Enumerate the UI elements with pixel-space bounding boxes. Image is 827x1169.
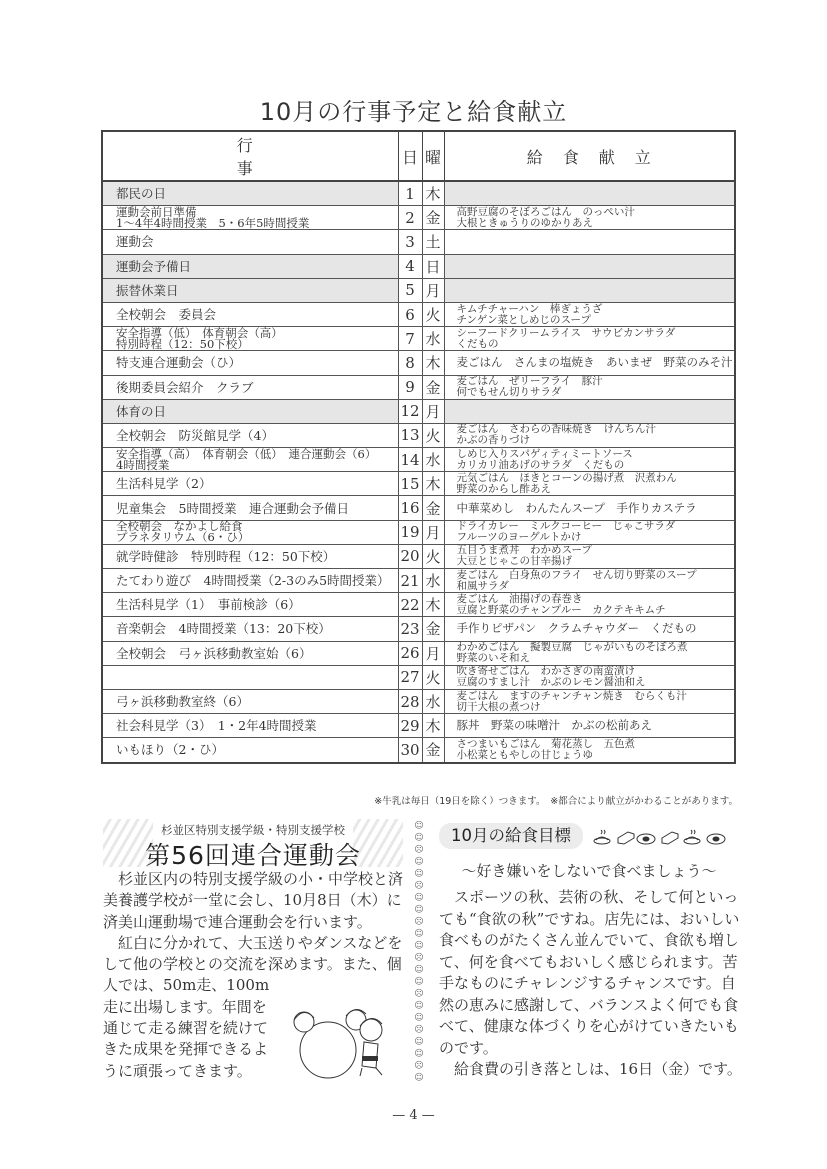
event-cell: 生活科見学（1） 事前検診（6） — [102, 593, 398, 617]
menu-cell: キムチチャーハン 棒ぎょうざチンゲン菜としめじのスープ — [444, 302, 735, 326]
day-cell: 2 — [398, 206, 422, 230]
weekday-cell: 火 — [422, 665, 444, 689]
children-ball-illustration — [286, 1000, 394, 1080]
event-line: 1〜4年4時間授業 5・6年5時間授業 — [116, 218, 398, 229]
fried-egg-icon — [707, 834, 725, 844]
event-cell: 体育の日 — [102, 399, 398, 423]
menu-cell: 五目うま煮丼 わかめスープ大豆とじゃこの甘辛揚げ — [444, 544, 735, 568]
table-row: 安全指導（高） 体育朝会（低） 連合運動会（6）4時間授業14水しめじ入りスパゲ… — [102, 448, 735, 472]
day-cell: 21 — [398, 569, 422, 593]
event-line: 全校朝会 弓ヶ浜移動教室始（6） — [116, 648, 398, 659]
bread-icon — [618, 832, 634, 844]
day-cell: 12 — [398, 399, 422, 423]
event-cell: 運動会予備日 — [102, 254, 398, 278]
menu-cell: シーフードクリームライス サウビカンサラダくだもの — [444, 327, 735, 351]
menu-line: 切干大根の煮つけ — [457, 702, 735, 713]
table-row: 全校朝会 弓ヶ浜移動教室始（6）26月わかめごはん 擬製豆腐 じゃがいものそぼろ… — [102, 641, 735, 665]
weekday-cell: 月 — [422, 278, 444, 302]
menu-cell: 麦ごはん さんまの塩焼き あいまぜ 野菜のみそ汁 — [444, 351, 735, 375]
event-line: 社会科見学（3） 1・2年4時間授業 — [116, 720, 398, 731]
weekday-cell: 金 — [422, 206, 444, 230]
menu-line: 麦ごはん 白身魚のフライ せん切り野菜のスープ — [457, 570, 735, 581]
weekday-cell: 木 — [422, 472, 444, 496]
weekday-cell: 水 — [422, 448, 444, 472]
weekday-cell: 火 — [422, 544, 444, 568]
day-cell: 27 — [398, 665, 422, 689]
menu-line: カリカリ油あげのサラダ くだもの — [457, 460, 735, 471]
event-article-paragraph: 杉並区内の特別支援学級の小・中学校と済美養護学校が一堂に会し、10月8日（木）に… — [103, 869, 403, 933]
menu-line: 豆腐と野菜のチャンプルー カクテキキムチ — [457, 605, 735, 616]
menu-line: しめじ入りスパゲィティミートソース — [457, 449, 735, 460]
event-cell: 全校朝会 防災館見学（4） — [102, 423, 398, 447]
event-line: たてわり遊び 4時間授業（2-3のみ5時間授業） — [116, 575, 398, 586]
weekday-cell: 月 — [422, 520, 444, 544]
event-line: 特支連合運動会（ひ） — [116, 357, 398, 368]
day-cell: 22 — [398, 593, 422, 617]
event-line: 振替休業日 — [116, 285, 398, 296]
decorative-divider: ☺☺☹☺☺☹☺☺☹☺☺☹☺☺☹☺☺☹☺☺☹☺ — [413, 820, 425, 1084]
weekday-cell: 金 — [422, 496, 444, 520]
day-cell: 28 — [398, 689, 422, 713]
weekday-cell: 木 — [422, 351, 444, 375]
menu-line: 中華菜めし わんたんスープ 手作りカステラ — [457, 503, 735, 514]
table-row: 体育の日12月 — [102, 399, 735, 423]
event-article-title: 第56回連合運動会 — [103, 836, 403, 872]
event-line: 就学時健診 特別時程（12：50下校） — [116, 551, 398, 562]
day-cell: 19 — [398, 520, 422, 544]
event-cell: 運動会 — [102, 230, 398, 254]
menu-cell: 手作りピザパン クラムチャウダー くだもの — [444, 617, 735, 641]
menu-cell: 麦ごはん さわらの香味焼き けんちん汁かぶの香りづけ — [444, 423, 735, 447]
header-event: 行 事 — [102, 131, 398, 181]
event-cell: 都民の日 — [102, 181, 398, 206]
event-cell: 社会科見学（3） 1・2年4時間授業 — [102, 714, 398, 738]
menu-cell: 中華菜めし わんたんスープ 手作りカステラ — [444, 496, 735, 520]
menu-cell: わかめごはん 擬製豆腐 じゃがいものそぼろ煮野菜のいそ和え — [444, 641, 735, 665]
event-article-paragraph: 人では、50m走、100m走に出場します。年間を通じて走る練習を続けてきた成果を… — [103, 975, 278, 1081]
steaming-bowl-icon — [684, 830, 700, 844]
event-line: 音楽朝会 4時間授業（13：20下校） — [116, 623, 398, 634]
menu-line: 何でもせん切りサラダ — [457, 387, 735, 398]
lunch-goal-title: 10月の給食目標 — [439, 823, 583, 849]
table-row: 生活科見学（2）15木元気ごはん ほきとコーンの揚げ煮 沢煮わん野菜のからし酢あ… — [102, 472, 735, 496]
menu-line: 麦ごはん ますのチャンチャン焼き むらくも汁 — [457, 691, 735, 702]
day-cell: 23 — [398, 617, 422, 641]
menu-cell: さつまいもごはん 菊花蒸し 五色煮小松菜ともやしの甘じょうゆ — [444, 738, 735, 763]
day-cell: 8 — [398, 351, 422, 375]
day-cell: 3 — [398, 230, 422, 254]
day-cell: 15 — [398, 472, 422, 496]
menu-cell: 麦ごはん ますのチャンチャン焼き むらくも汁切干大根の煮つけ — [444, 689, 735, 713]
event-line: 全校朝会 防災館見学（4） — [116, 430, 398, 441]
weekday-cell: 水 — [422, 327, 444, 351]
event-line: 運動会 — [116, 236, 398, 247]
table-row: いもほり（2・ひ）30金さつまいもごはん 菊花蒸し 五色煮小松菜ともやしの甘じょ… — [102, 738, 735, 763]
event-cell: 安全指導（低） 体育朝会（高）特別時程（12：50下校） — [102, 327, 398, 351]
menu-cell — [444, 230, 735, 254]
menu-line: 大根ときゅうりのゆかりあえ — [457, 218, 735, 229]
steaming-bowl-icon — [594, 830, 610, 844]
table-row: 都民の日1木 — [102, 181, 735, 206]
event-line: 生活科見学（1） 事前検診（6） — [116, 599, 398, 610]
table-row: 振替休業日5月 — [102, 278, 735, 302]
table-row: 生活科見学（1） 事前検診（6）22木麦ごはん 油揚げの春巻き豆腐と野菜のチャン… — [102, 593, 735, 617]
menu-cell: 吹き寄せごはん わかさぎの南蛮漬け豆腐のすまし汁 かぶのレモン醤油和え — [444, 665, 735, 689]
event-line: 後期委員会紹介 クラブ — [116, 382, 398, 393]
table-row: 弓ヶ浜移動教室終（6）28水麦ごはん ますのチャンチャン焼き むらくも汁切干大根… — [102, 689, 735, 713]
table-row: 社会科見学（3） 1・2年4時間授業29木豚丼 野菜の味噌汁 かぶの松前あえ — [102, 714, 735, 738]
event-line: 生活科見学（2） — [116, 478, 398, 489]
weekday-cell: 火 — [422, 423, 444, 447]
bread-icon — [662, 832, 678, 844]
menu-cell: ドライカレー ミルクコーヒー じゃこサラダフルーツのヨーグルトかけ — [444, 520, 735, 544]
menu-line: 豆腐のすまし汁 かぶのレモン醤油和え — [457, 677, 735, 688]
weekday-cell: 土 — [422, 230, 444, 254]
event-line: 4時間授業 — [116, 460, 398, 471]
day-cell: 5 — [398, 278, 422, 302]
table-row: 安全指導（低） 体育朝会（高）特別時程（12：50下校）7水シーフードクリームラ… — [102, 327, 735, 351]
table-row: 全校朝会 防災館見学（4）13火麦ごはん さわらの香味焼き けんちん汁かぶの香り… — [102, 423, 735, 447]
menu-cell — [444, 254, 735, 278]
menu-cell: 麦ごはん ぜリーフライ 豚汁何でもせん切りサラダ — [444, 375, 735, 399]
page-title: 10月の行事予定と給食献立 — [0, 92, 827, 127]
event-cell: 音楽朝会 4時間授業（13：20下校） — [102, 617, 398, 641]
menu-line: くだもの — [457, 339, 735, 350]
schedule-menu-table: 行 事 日 曜 給食献立 都民の日1木運動会前日準備1〜4年4時間授業 5・6年… — [101, 130, 736, 764]
menu-line: キムチチャーハン 棒ぎょうざ — [457, 304, 735, 315]
lunch-goal-slogan: 〜好き嫌いをしないで食べましょう〜 — [439, 860, 739, 881]
day-cell: 9 — [398, 375, 422, 399]
event-cell: 就学時健診 特別時程（12：50下校） — [102, 544, 398, 568]
weekday-cell: 水 — [422, 569, 444, 593]
menu-cell: 高野豆腐のそぼろごはん のっぺい汁大根ときゅうりのゆかりあえ — [444, 206, 735, 230]
event-cell: いもほり（2・ひ） — [102, 738, 398, 763]
weekday-cell: 月 — [422, 641, 444, 665]
weekday-cell: 月 — [422, 399, 444, 423]
day-cell: 20 — [398, 544, 422, 568]
event-cell: 全校朝会 なかよし給食プラネタリウム（6・ひ） — [102, 520, 398, 544]
menu-line: 野菜のいそ和え — [457, 653, 735, 664]
weekday-cell: 木 — [422, 181, 444, 206]
menu-line: かぶの香りづけ — [457, 435, 735, 446]
event-cell: たてわり遊び 4時間授業（2-3のみ5時間授業） — [102, 569, 398, 593]
event-line: 全校朝会 委員会 — [116, 309, 398, 320]
table-row: 全校朝会 委員会6火キムチチャーハン 棒ぎょうざチンゲン菜としめじのスープ — [102, 302, 735, 326]
day-cell: 16 — [398, 496, 422, 520]
table-row: 児童集会 5時間授業 連合運動会予備日16金中華菜めし わんたんスープ 手作りカ… — [102, 496, 735, 520]
event-cell — [102, 665, 398, 689]
fried-egg-icon — [637, 834, 655, 844]
event-cell: 全校朝会 委員会 — [102, 302, 398, 326]
table-row: 音楽朝会 4時間授業（13：20下校）23金手作りピザパン クラムチャウダー く… — [102, 617, 735, 641]
menu-line: 和風サラダ — [457, 581, 735, 592]
day-cell: 13 — [398, 423, 422, 447]
event-cell: 運動会前日準備1〜4年4時間授業 5・6年5時間授業 — [102, 206, 398, 230]
weekday-cell: 水 — [422, 689, 444, 713]
event-cell: 児童集会 5時間授業 連合運動会予備日 — [102, 496, 398, 520]
event-cell: 安全指導（高） 体育朝会（低） 連合運動会（6）4時間授業 — [102, 448, 398, 472]
weekday-cell: 木 — [422, 714, 444, 738]
weekday-cell: 火 — [422, 302, 444, 326]
menu-cell: 元気ごはん ほきとコーンの揚げ煮 沢煮わん野菜のからし酢あえ — [444, 472, 735, 496]
page-number: — 4 — — [0, 1108, 827, 1123]
day-cell: 14 — [398, 448, 422, 472]
table-body: 都民の日1木運動会前日準備1〜4年4時間授業 5・6年5時間授業2金高野豆腐のそ… — [102, 181, 735, 763]
day-cell: 6 — [398, 302, 422, 326]
menu-line: 麦ごはん さんまの塩焼き あいまぜ 野菜のみそ汁 — [457, 357, 735, 368]
menu-line: フルーツのヨーグルトかけ — [457, 532, 735, 543]
event-line: 都民の日 — [116, 188, 398, 199]
table-header-row: 行 事 日 曜 給食献立 — [102, 131, 735, 181]
menu-cell: 麦ごはん 白身魚のフライ せん切り野菜のスープ和風サラダ — [444, 569, 735, 593]
event-cell: 特支連合運動会（ひ） — [102, 351, 398, 375]
footnote: ※牛乳は毎日（19日を除く）つきます。 ※都合により献立がかわることがあります。 — [300, 793, 738, 807]
lunch-goal-body: スポーツの秋、芸術の秋、そして何といっても“食欲の秋”ですね。店先には、おいしい… — [439, 887, 743, 1081]
weekday-cell: 木 — [422, 593, 444, 617]
menu-line: 手作りピザパン クラムチャウダー くだもの — [457, 623, 735, 634]
table-row: 運動会3土 — [102, 230, 735, 254]
lunch-goal-paragraph: スポーツの秋、芸術の秋、そして何といっても“食欲の秋”ですね。店先には、おいしい… — [439, 887, 743, 1059]
day-cell: 30 — [398, 738, 422, 763]
menu-line: 豚丼 野菜の味噌汁 かぶの松前あえ — [457, 720, 735, 731]
menu-cell: 豚丼 野菜の味噌汁 かぶの松前あえ — [444, 714, 735, 738]
event-cell: 振替休業日 — [102, 278, 398, 302]
day-cell: 4 — [398, 254, 422, 278]
menu-line: 野菜のからし酢あえ — [457, 484, 735, 495]
event-cell: 後期委員会紹介 クラブ — [102, 375, 398, 399]
day-cell: 29 — [398, 714, 422, 738]
event-line: 児童集会 5時間授業 連合運動会予備日 — [116, 503, 398, 514]
table-row: 運動会予備日4日 — [102, 254, 735, 278]
event-article-paragraph: 紅白に分かれて、大玉送りやダンスなどをして他の学校との交流を深めます。また、個 — [103, 933, 403, 976]
event-line: プラネタリウム（6・ひ） — [116, 532, 398, 543]
table-row: 運動会前日準備1〜4年4時間授業 5・6年5時間授業2金高野豆腐のそぼろごはん … — [102, 206, 735, 230]
weekday-cell: 金 — [422, 617, 444, 641]
event-article-header: 杉並区特別支援学級・特別支援学校 第56回連合運動会 — [103, 819, 403, 867]
table-row: 27火吹き寄せごはん わかさぎの南蛮漬け豆腐のすまし汁 かぶのレモン醤油和え — [102, 665, 735, 689]
table-row: 全校朝会 なかよし給食プラネタリウム（6・ひ）19月ドライカレー ミルクコーヒー… — [102, 520, 735, 544]
event-line: 体育の日 — [116, 406, 398, 417]
lunch-goal-paragraph: 給食費の引き落としは、16日（金）です。 — [439, 1059, 743, 1081]
table-row: 就学時健診 特別時程（12：50下校）20火五目うま煮丼 わかめスープ大豆とじゃ… — [102, 544, 735, 568]
table-row: 後期委員会紹介 クラブ9金麦ごはん ぜリーフライ 豚汁何でもせん切りサラダ — [102, 375, 735, 399]
menu-line: チンゲン菜としめじのスープ — [457, 315, 735, 326]
event-line: 特別時程（12：50下校） — [116, 339, 398, 350]
weekday-cell: 金 — [422, 375, 444, 399]
menu-line: 小松菜ともやしの甘じょうゆ — [457, 750, 735, 761]
event-cell: 全校朝会 弓ヶ浜移動教室始（6） — [102, 641, 398, 665]
table-row: 特支連合運動会（ひ）8木麦ごはん さんまの塩焼き あいまぜ 野菜のみそ汁 — [102, 351, 735, 375]
menu-cell: しめじ入りスパゲィティミートソースカリカリ油あげのサラダ くだもの — [444, 448, 735, 472]
menu-cell — [444, 278, 735, 302]
day-cell: 7 — [398, 327, 422, 351]
event-cell: 弓ヶ浜移動教室終（6） — [102, 689, 398, 713]
event-line: いもほり（2・ひ） — [116, 744, 398, 755]
weekday-cell: 金 — [422, 738, 444, 763]
table-row: たてわり遊び 4時間授業（2-3のみ5時間授業）21水麦ごはん 白身魚のフライ … — [102, 569, 735, 593]
event-line: 運動会予備日 — [116, 261, 398, 272]
food-icons — [592, 826, 742, 848]
weekday-cell: 日 — [422, 254, 444, 278]
event-line: 弓ヶ浜移動教室終（6） — [116, 696, 398, 707]
menu-cell — [444, 399, 735, 423]
header-menu: 給食献立 — [444, 131, 735, 181]
event-cell: 生活科見学（2） — [102, 472, 398, 496]
menu-cell: 麦ごはん 油揚げの春巻き豆腐と野菜のチャンプルー カクテキキムチ — [444, 593, 735, 617]
day-cell: 1 — [398, 181, 422, 206]
menu-line: 大豆とじゃこの甘辛揚げ — [457, 556, 735, 567]
menu-cell — [444, 181, 735, 206]
day-cell: 26 — [398, 641, 422, 665]
